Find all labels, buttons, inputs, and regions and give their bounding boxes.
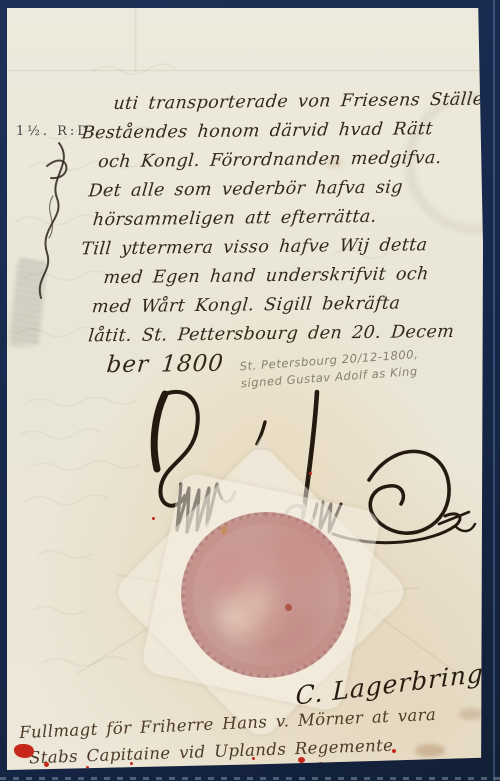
fold-crease (7, 70, 483, 71)
wax-speck (332, 771, 335, 774)
wax-speck (196, 771, 199, 774)
document-paper: 1½. R:D: uti transporterade von Friesens… (7, 8, 483, 770)
wax-speck (14, 744, 34, 758)
manuscript-line: hörsammeligen att efterrätta. (91, 202, 478, 236)
fold-crease (135, 8, 136, 72)
wax-speck (130, 762, 133, 765)
stain (325, 158, 343, 168)
royal-wax-seal (181, 512, 351, 678)
wax-speck (262, 772, 267, 777)
manuscript-line: uti transporterade von Friesens Ställe; (112, 86, 477, 119)
wax-speck (44, 762, 49, 767)
stain (415, 744, 445, 757)
wax-speck (306, 769, 310, 773)
wax-speck (309, 472, 312, 475)
manuscript-line: med Egen hand underskrifvit och (102, 260, 479, 294)
stain (459, 708, 483, 720)
wax-speck (392, 749, 396, 753)
manuscript-line: och Kongl. Förordnanden medgifva. (97, 144, 478, 178)
wax-speck (298, 757, 305, 763)
wax-speck (58, 771, 62, 775)
album-background: 1½. R:D: uti transporterade von Friesens… (0, 0, 500, 781)
wax-speck (318, 762, 323, 766)
wax-fleck (285, 604, 292, 611)
manuscript-line: med Wårt Kongl. Sigill bekräfta (91, 289, 480, 323)
wax-speck (152, 517, 155, 520)
manuscript-body: uti transporterade von Friesens Ställe; … (79, 86, 479, 381)
wax-speck (232, 766, 236, 770)
wax-speck (252, 757, 255, 760)
manuscript-line: Det alle som vederbör hafva sig (87, 173, 478, 207)
wax-speck (86, 766, 89, 769)
